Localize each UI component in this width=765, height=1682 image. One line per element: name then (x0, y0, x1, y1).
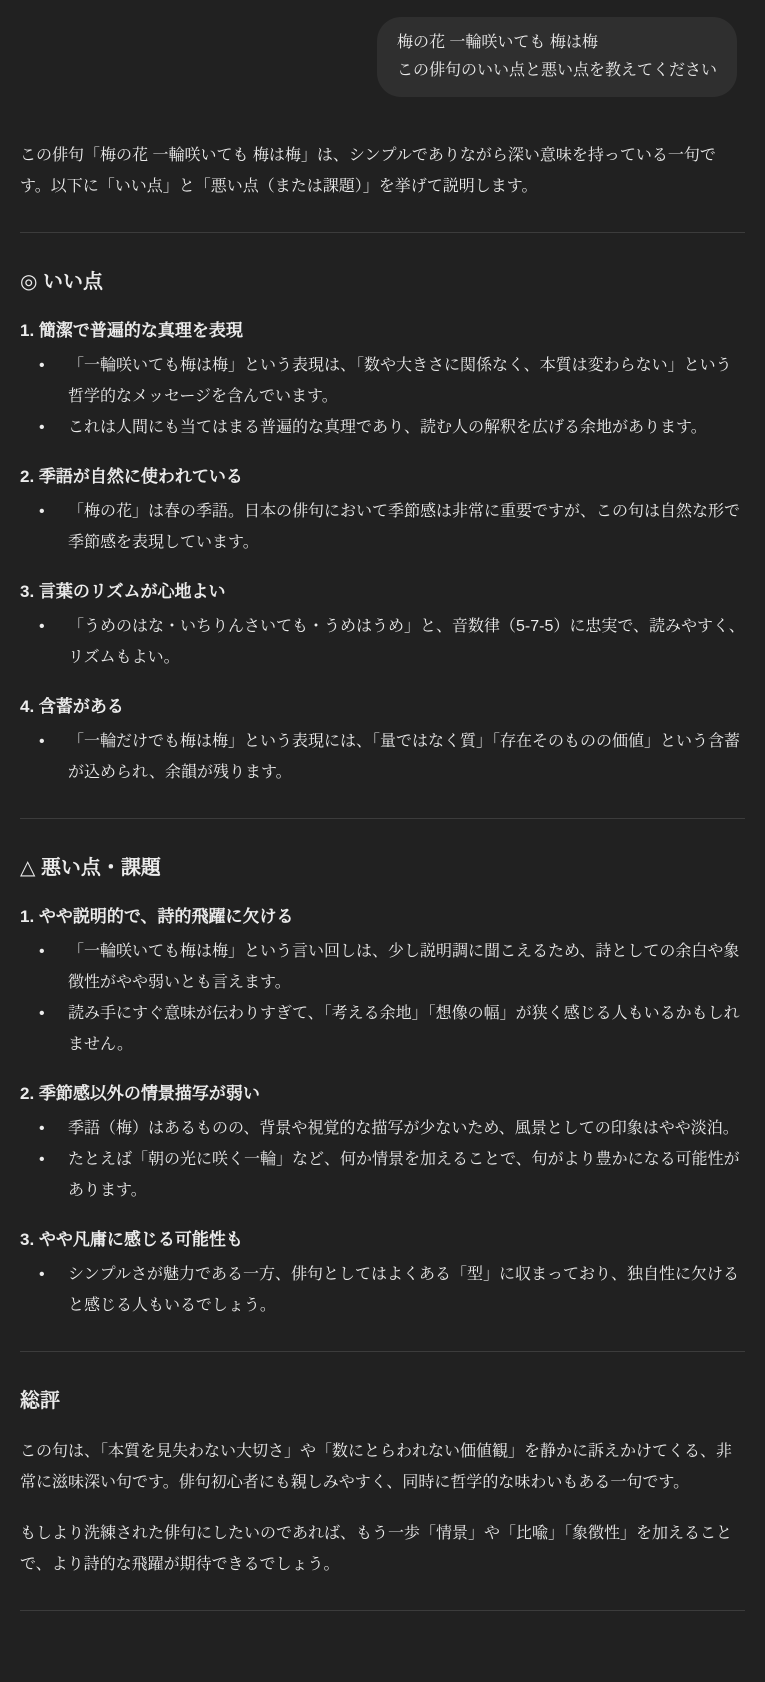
list-item: 「一輪だけでも梅は梅」という表現には、「量ではなく質」「存在そのものの価値」とい… (20, 726, 745, 788)
list-item: 「一輪咲いても梅は梅」という表現は、「数や大きさに関係なく、本質は変わらない」と… (20, 350, 745, 412)
bad-point-1-bullets: 「一輪咲いても梅は梅」という言い回しは、少し説明調に聞こえるため、詩としての余白… (20, 936, 745, 1060)
good-points-heading: ◎ いい点 (20, 267, 745, 297)
list-item: 季語（梅）はあるものの、背景や視覚的な描写が少ないため、風景としての印象はやや淡… (20, 1113, 745, 1144)
good-point-1-title: 1. 簡潔で普遍的な真理を表現 (20, 318, 745, 344)
user-message-bubble: 梅の花 一輪咲いても 梅は梅 この俳句のいい点と悪い点を教えてください (377, 17, 737, 97)
list-item: 「うめのはな・いちりんさいても・うめはうめ」と、音数律（5-7-5）に忠実で、読… (20, 611, 745, 673)
section-divider (20, 818, 745, 819)
section-divider (20, 1610, 745, 1611)
summary-paragraph-1: この句は、「本質を見失わない大切さ」や「数にとらわれない価値観」を静かに訴えかけ… (20, 1436, 745, 1498)
list-item: シンプルさが魅力である一方、俳句としてはよくある「型」に収まっており、独自性に欠… (20, 1259, 745, 1321)
assistant-message: この俳句「梅の花 一輪咲いても 梅は梅」は、シンプルでありながら深い意味を持って… (20, 140, 745, 1611)
bad-point-2-bullets: 季語（梅）はあるものの、背景や視覚的な描写が少ないため、風景としての印象はやや淡… (20, 1113, 745, 1206)
summary-heading: 総評 (20, 1386, 745, 1416)
summary-paragraph-2: もしより洗練された俳句にしたいのであれば、もう一歩「情景」や「比喩」「象徴性」を… (20, 1518, 745, 1580)
good-point-4-bullets: 「一輪だけでも梅は梅」という表現には、「量ではなく質」「存在そのものの価値」とい… (20, 726, 745, 788)
list-item: 「一輪咲いても梅は梅」という言い回しは、少し説明調に聞こえるため、詩としての余白… (20, 936, 745, 998)
bad-point-3-title: 3. やや凡庸に感じる可能性も (20, 1227, 745, 1253)
bad-point-3-bullets: シンプルさが魅力である一方、俳句としてはよくある「型」に収まっており、独自性に欠… (20, 1259, 745, 1321)
good-point-4-title: 4. 含蓄がある (20, 694, 745, 720)
bad-point-1-title: 1. やや説明的で、詩的飛躍に欠ける (20, 904, 745, 930)
assistant-intro: この俳句「梅の花 一輪咲いても 梅は梅」は、シンプルでありながら深い意味を持って… (20, 140, 745, 202)
good-point-3-title: 3. 言葉のリズムが心地よい (20, 579, 745, 605)
user-message-row: 梅の花 一輪咲いても 梅は梅 この俳句のいい点と悪い点を教えてください (20, 0, 745, 97)
list-item: これは人間にも当てはまる普遍的な真理であり、読む人の解釈を広げる余地があります。 (20, 412, 745, 443)
bad-points-heading: △ 悪い点・課題 (20, 853, 745, 883)
user-message-line-2: この俳句のいい点と悪い点を教えてください (397, 57, 717, 85)
section-divider (20, 232, 745, 233)
list-item: 読み手にすぐ意味が伝わりすぎて、「考える余地」「想像の幅」が狭く感じる人もいるか… (20, 998, 745, 1060)
chat-conversation: 梅の花 一輪咲いても 梅は梅 この俳句のいい点と悪い点を教えてください この俳句… (0, 0, 765, 1611)
user-message-line-1: 梅の花 一輪咲いても 梅は梅 (397, 29, 717, 57)
good-point-3-bullets: 「うめのはな・いちりんさいても・うめはうめ」と、音数律（5-7-5）に忠実で、読… (20, 611, 745, 673)
section-divider (20, 1351, 745, 1352)
list-item: 「梅の花」は春の季語。日本の俳句において季節感は非常に重要ですが、この句は自然な… (20, 496, 745, 558)
good-point-2-title: 2. 季語が自然に使われている (20, 464, 745, 490)
list-item: たとえば「朝の光に咲く一輪」など、何か情景を加えることで、句がより豊かになる可能… (20, 1144, 745, 1206)
good-point-1-bullets: 「一輪咲いても梅は梅」という表現は、「数や大きさに関係なく、本質は変わらない」と… (20, 350, 745, 443)
bad-point-2-title: 2. 季節感以外の情景描写が弱い (20, 1081, 745, 1107)
good-point-2-bullets: 「梅の花」は春の季語。日本の俳句において季節感は非常に重要ですが、この句は自然な… (20, 496, 745, 558)
